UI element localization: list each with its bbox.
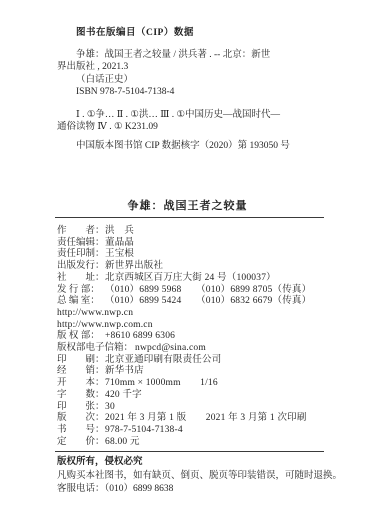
colophon-row-rights-email: 版权部电子信箱：nwpcd@sina.com bbox=[57, 343, 335, 355]
colophon-value: +8610 6899 6306 bbox=[105, 331, 175, 341]
colophon-label: 社 址： bbox=[57, 273, 105, 285]
colophon-label: 版 次： bbox=[57, 413, 105, 425]
colophon-value: 710mm × 1000mm 1/16 bbox=[105, 378, 218, 388]
colophon-row-url: http://www.nwp.com.cn bbox=[57, 320, 335, 332]
colophon-row-isbn: 书 号：978-7-5104-7138-4 bbox=[57, 425, 335, 437]
divider-top bbox=[55, 217, 324, 218]
colophon-label: 作 者： bbox=[57, 226, 105, 238]
website-url: http://www.nwp.cn bbox=[57, 308, 133, 318]
copyright-notice: 版权所有，侵权必究 凡购买本社图书，如有缺页、倒页、脱页等印装错误，可随时退换。… bbox=[57, 456, 335, 497]
colophon-row-address: 社 址：北京西城区百万庄大街 24 号（100037） bbox=[57, 273, 335, 285]
colophon-row-sheets: 印 张：30 bbox=[57, 402, 335, 414]
colophon-label: 开 本： bbox=[57, 378, 105, 390]
colophon-label: 字 数： bbox=[57, 390, 105, 402]
colophon-row-word-count: 字 数：420 千字 bbox=[57, 390, 335, 402]
colophon-value: 30 bbox=[105, 402, 115, 412]
cip-line-classification: Ⅰ . ①争… Ⅱ . ①洪… Ⅲ . ①中国历史—战国时代— bbox=[57, 109, 325, 122]
cip-line-series: （白话正史） bbox=[57, 74, 325, 87]
cip-line: 争雄：战国王者之较量 / 洪兵著 . -- 北京：新世 bbox=[57, 49, 325, 62]
cip-line-record-number: 中国版本图书馆 CIP 数据核字（2020）第 193050 号 bbox=[57, 140, 325, 153]
colophon-label: 版 权 部： bbox=[57, 331, 105, 343]
colophon-label: 出版发行： bbox=[57, 261, 105, 273]
colophon-label: 总 编 室： bbox=[57, 296, 105, 308]
price-value: 68.00 元 bbox=[105, 437, 140, 447]
colophon-section: 作 者：洪 兵 责任编辑：董晶晶 责任印制：王宝根 出版发行：新世界出版社 社 … bbox=[57, 226, 335, 448]
colophon-value: 2021 年 3 月第 1 版 2021 年 3 月第 1 次印刷 bbox=[105, 413, 307, 423]
cip-line: 界出版社 , 2021.3 bbox=[57, 61, 325, 74]
colophon-row-rights-dept: 版 权 部：+8610 6899 6306 bbox=[57, 331, 335, 343]
colophon-row-print-supervisor: 责任印制：王宝根 bbox=[57, 249, 335, 261]
colophon-value: 420 千字 bbox=[105, 390, 142, 400]
colophon-row-editorial-office: 总 编 室：（010）6899 5424 （010）6832 6679（传真） bbox=[57, 296, 335, 308]
colophon-value: 北京亚通印刷有限责任公司 bbox=[105, 355, 221, 365]
colophon-row-editor: 责任编辑：董晶晶 bbox=[57, 238, 335, 250]
colophon-value: （010）6899 5424 （010）6832 6679（传真） bbox=[105, 296, 311, 306]
cip-line-classification: 通俗读物 Ⅳ . ① K231.09 bbox=[57, 121, 325, 134]
colophon-value: 北京西城区百万庄大街 24 号（100037） bbox=[105, 273, 276, 283]
colophon-row-publisher: 出版发行：新世界出版社 bbox=[57, 261, 335, 273]
customer-service-phone: 客服电话：（010）6899 8638 bbox=[57, 483, 335, 497]
website-url: http://www.nwp.com.cn bbox=[57, 320, 153, 330]
colophon-row-printer: 印 刷：北京亚通印刷有限责任公司 bbox=[57, 355, 335, 367]
colophon-value: （010）6899 5968 （010）6899 8705（传真） bbox=[105, 285, 311, 295]
colophon-label: 经 销： bbox=[57, 366, 105, 378]
colophon-label: 印 张： bbox=[57, 402, 105, 414]
colophon-label: 发 行 部： bbox=[57, 285, 105, 297]
colophon-label: 印 刷： bbox=[57, 355, 105, 367]
copyright-page: 图书在版编目（CIP）数据 争雄：战国王者之较量 / 洪兵著 . -- 北京：新… bbox=[0, 0, 375, 520]
colophon-label: 定 价： bbox=[57, 437, 105, 449]
cip-header: 图书在版编目（CIP）数据 bbox=[76, 27, 325, 40]
colophon-label: 责任印制： bbox=[57, 249, 105, 261]
colophon-value: 董晶晶 bbox=[105, 238, 134, 248]
colophon-value: 洪 兵 bbox=[105, 226, 134, 236]
cip-line-isbn: ISBN 978-7-5104-7138-4 bbox=[57, 86, 325, 99]
book-title: 争雄：战国王者之较量 bbox=[0, 197, 375, 213]
colophon-row-price: 定 价：68.00 元 bbox=[57, 437, 335, 449]
colophon-row-distribution-dept: 发 行 部：（010）6899 5968 （010）6899 8705（传真） bbox=[57, 285, 335, 297]
colophon-value: 新世界出版社 bbox=[105, 261, 163, 271]
divider-bottom bbox=[55, 451, 324, 452]
colophon-row-url: http://www.nwp.cn bbox=[57, 308, 335, 320]
colophon-label: 书 号： bbox=[57, 425, 105, 437]
copyright-notice-body: 凡购买本社图书，如有缺页、倒页、脱页等印装错误，可随时退换。 bbox=[57, 470, 335, 484]
cip-section: 图书在版编目（CIP）数据 争雄：战国王者之较量 / 洪兵著 . -- 北京：新… bbox=[57, 27, 325, 152]
colophon-row-author: 作 者：洪 兵 bbox=[57, 226, 335, 238]
colophon-value: 新华书店 bbox=[105, 366, 144, 376]
isbn-number: 978-7-5104-7138-4 bbox=[105, 425, 183, 435]
colophon-value: 王宝根 bbox=[105, 249, 134, 259]
copyright-notice-title: 版权所有，侵权必究 bbox=[57, 456, 335, 470]
colophon-label: 版权部电子信箱： bbox=[57, 343, 133, 355]
colophon-label: 责任编辑： bbox=[57, 238, 105, 250]
colophon-row-format: 开 本：710mm × 1000mm 1/16 bbox=[57, 378, 335, 390]
colophon-row-edition: 版 次：2021 年 3 月第 1 版 2021 年 3 月第 1 次印刷 bbox=[57, 413, 335, 425]
colophon-row-distributor: 经 销：新华书店 bbox=[57, 366, 335, 378]
email-address: nwpcd@sina.com bbox=[135, 343, 206, 353]
